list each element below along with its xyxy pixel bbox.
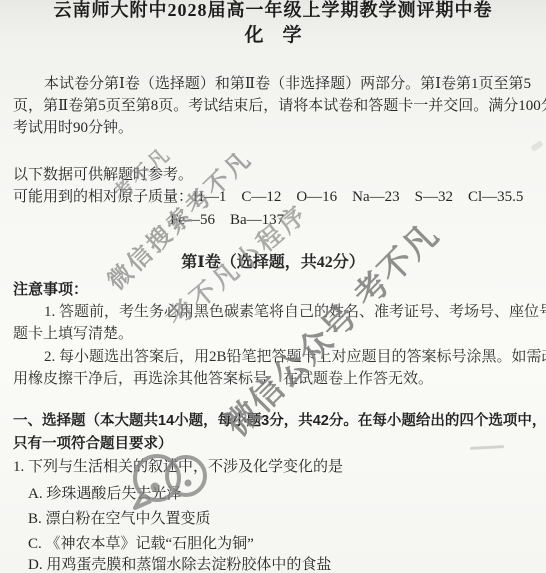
atomic-mass-line-1: 可能用到的相对原子质量：H—1 C—12 O—16 Na—23 S—32 Cl—… [13,189,523,206]
atomic-mass-line-2: Fe—56 Ba—137 [170,212,284,229]
mc-heading-line-2: 只有一项符合题目要求） [13,436,173,453]
notice1-line-1: 1. 答题前，考生务必用黑色碳素笔将自己的姓名、准考证号、考场号、座位号在答 [13,304,546,321]
notice1-line-2: 题卡上填写清楚。 [13,326,133,343]
reference-note: 以下数据可供解题时参考。 [13,167,193,184]
notice-title: 注意事项： [13,281,88,298]
mc-heading-line-1: 一、选择题（本大题共14小题，每小题3分，共42分。在每小题给出的四个选项中， [13,413,546,430]
watermark-official-account: 微信公众号 考不凡 [213,211,447,445]
question1-option-d: D. 用鸡蛋壳膜和蒸馏水除去淀粉胶体中的食盐 [28,557,331,573]
scan-artifact-dash [470,445,504,450]
exam-subject: 化 学 [0,27,546,44]
exam-title: 云南师大附中2028届高一年级上学期教学测评期中卷 [0,2,546,19]
question1-option-b: B. 漂白粉在空气中久置变质 [28,511,211,528]
question1-stem: 1. 下列与生活相关的叙述中，不涉及化学变化的是 [13,459,343,476]
notice2-line-2: 用橡皮擦干净后，再选涂其他答案标号，在试题卷上作答无效。 [13,371,433,388]
scan-artifact-smudge [530,140,543,152]
intro-line-2: 页，第Ⅱ卷第5页至第8页。考试结束后，请将本试卷和答题卡一并交回。满分100分， [13,98,546,115]
section1-heading: 第Ⅰ卷（选择题，共42分） [0,254,546,271]
exam-paper-page: 云南师大附中2028届高一年级上学期教学测评期中卷 化 学 本试卷分第Ⅰ卷（选择… [0,0,546,573]
question1-option-c: C. 《神农本草》记载“石胆化为铜” [28,536,254,553]
question1-option-a: A. 珍珠遇酸后失去光泽 [28,486,181,503]
notice2-line-1: 2. 每小题选出答案后，用2B铅笔把答题卡上对应题目的答案标号涂黑。如需改动， [13,349,546,366]
intro-line-3: 考试用时90分钟。 [13,120,133,137]
intro-line-1: 本试卷分第Ⅰ卷（选择题）和第Ⅱ卷（非选择题）两部分。第Ⅰ卷第1页至第5 [13,76,531,93]
